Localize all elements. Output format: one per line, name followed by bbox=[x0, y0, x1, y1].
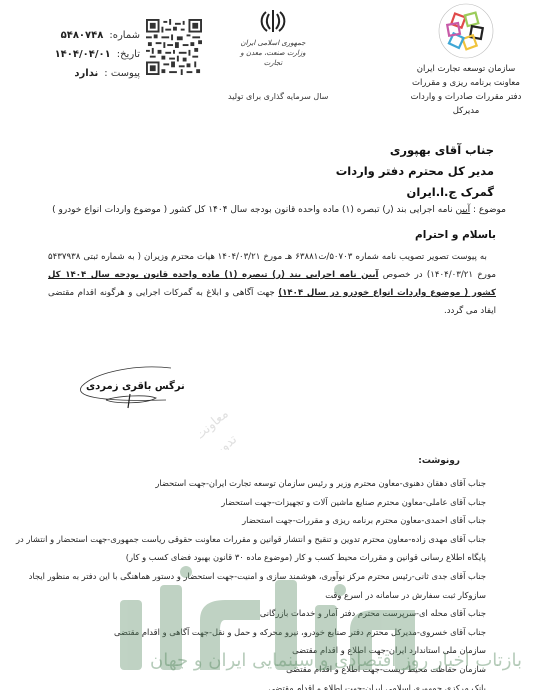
greeting: باسلام و احترام bbox=[415, 229, 496, 241]
svg-text:تدوین، تنقیح و انتشار قوانین و: تدوین، تنقیح و انتشار قوانین و مقررات bbox=[200, 432, 240, 450]
subject-text: نامه اجرایی بند (ر) تبصره (۱) ماده واحده… bbox=[52, 205, 453, 215]
cc-item: جناب آقای عاملی-معاون محترم صنایع ماشین … bbox=[16, 493, 486, 512]
cc-item: جناب آقای احمدی-معاون محترم برنامه ریزی … bbox=[16, 511, 486, 530]
letter-body: به پیوست تصویر تصویب نامه شماره ۵۰۷۰۳/ت۶… bbox=[48, 248, 496, 320]
organization-lines: سازمان توسعه تجارت ایران معاونت برنامه ر… bbox=[392, 62, 540, 118]
org-line-2: معاونت برنامه ریزی و مقررات bbox=[392, 76, 540, 90]
subject-underlined-word: آیین bbox=[456, 205, 471, 215]
subject-label: موضوع : bbox=[473, 205, 506, 215]
emblem-line-2: وزارت صنعت، معدن و تجارت bbox=[230, 48, 316, 68]
date-row: تاریخ: ۱۴۰۴/۰۴/۰۱ bbox=[40, 45, 140, 64]
number-row: شماره: ۵۴۸۰۷۴۸ bbox=[40, 26, 140, 45]
emblem-line-1: جمهوری اسلامی ایران bbox=[230, 38, 316, 48]
ministry-emblem: جمهوری اسلامی ایران وزارت صنعت، معدن و ت… bbox=[230, 8, 316, 68]
cc-item: جناب آقای خسروی-مدیرکل محترم دفتر صنایع … bbox=[16, 623, 486, 642]
cc-item: جناب آقای مهدی زاده-معاون محترم تدوین و … bbox=[16, 530, 486, 567]
cc-item: جناب آقای جدی ثانی-رئیس محترم مرکز نوآور… bbox=[16, 567, 486, 604]
recipient-org: گمرک ج.ا.ایران bbox=[336, 182, 494, 203]
recipient-address: جناب آقای بهپوری مدیر کل محترم دفتر وارد… bbox=[336, 140, 494, 203]
cc-item: جناب آقای محله ای-سرپرست محترم دفتر آمار… bbox=[16, 604, 486, 623]
attachment-label: پیوست : bbox=[104, 64, 140, 83]
number-label: شماره: bbox=[109, 26, 140, 45]
organization-block: سازمان توسعه تجارت ایران معاونت برنامه ر… bbox=[392, 2, 540, 118]
brand-tagline: بازتاب اخبار روز اقتصادی و سینمایی ایران… bbox=[150, 650, 522, 671]
cc-item: جناب آقای دهقان دهنوی-معاون محترم وزیر و… bbox=[16, 474, 486, 493]
org-line-3: دفتر مقررات صادرات و واردات bbox=[392, 90, 540, 104]
org-line-1: سازمان توسعه تجارت ایران bbox=[392, 62, 540, 76]
cc-title: رونوشت: bbox=[418, 456, 460, 466]
tpo-logo-icon bbox=[437, 2, 495, 60]
date-value: ۱۴۰۴/۰۴/۰۱ bbox=[55, 45, 111, 64]
qr-code-icon bbox=[146, 18, 202, 76]
legal-watermark-icon: معاونت حقوقی ریاست جمهوری تدوین، تنقیح و… bbox=[200, 300, 400, 450]
svg-text:معاونت حقوقی ریاست جمهوری: معاونت حقوقی ریاست جمهوری bbox=[200, 407, 232, 450]
year-slogan: سال سرمایه گذاری برای تولید bbox=[228, 92, 328, 101]
letter-meta: شماره: ۵۴۸۰۷۴۸ تاریخ: ۱۴۰۴/۰۴/۰۱ پیوست :… bbox=[40, 26, 140, 83]
date-label: تاریخ: bbox=[117, 45, 140, 64]
letter-page: شماره: ۵۴۸۰۷۴۸ تاریخ: ۱۴۰۴/۰۴/۰۱ پیوست :… bbox=[0, 0, 548, 690]
number-value: ۵۴۸۰۷۴۸ bbox=[61, 26, 104, 45]
attachment-value: ندارد bbox=[74, 64, 98, 83]
org-line-4: مدیرکل bbox=[392, 104, 540, 118]
cc-item: بانک مرکزی جمهوری اسلامی ایران-جهت اطلاع… bbox=[16, 679, 486, 690]
attachment-row: پیوست : ندارد bbox=[40, 64, 140, 83]
signatory-name: نرگس باقری زمردی bbox=[86, 381, 185, 392]
subject-line: موضوع : آیین نامه اجرایی بند (ر) تبصره (… bbox=[36, 205, 506, 215]
recipient-name: جناب آقای بهپوری bbox=[336, 140, 494, 161]
recipient-title: مدیر کل محترم دفتر واردات bbox=[336, 161, 494, 182]
iran-emblem-icon bbox=[258, 8, 288, 34]
